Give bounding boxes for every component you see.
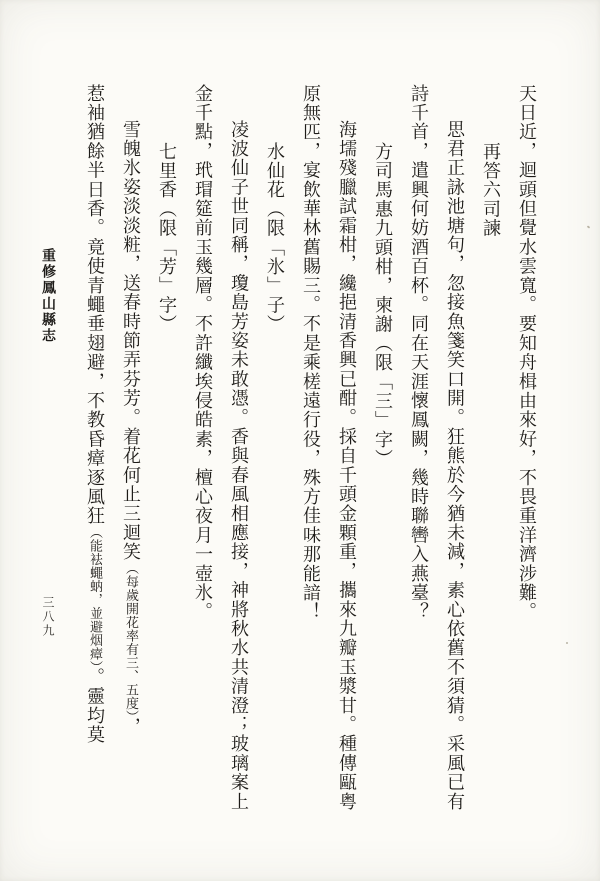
column-text: 再答六司諫 [480, 142, 501, 238]
inline-annotation: （能袪蠅蚋，並避烟瘴） [87, 526, 102, 668]
text-column-13: 惹袖猶餘半日香。竟使青蠅垂翅避，不教昏瘴逐風狂（能袪蠅蚋，並避烟瘴）。靈均莫 [76, 84, 112, 828]
poem-title-jiu-tou-gan: 方司馬惠九頭柑，柬謝（限「三」字） [364, 84, 400, 828]
scan-speck [566, 642, 568, 644]
page-number: 三八九 [40, 596, 57, 638]
column-text: 思君正詠池塘句，忽接魚箋笑口開。狂熊於今猶未減，素心依舊不須猜。采風已有 [444, 120, 465, 811]
poem-title-zai-da-liu-si-jian: 再答六司諫 [472, 84, 508, 828]
poem-title-qi-li-xiang: 七里香（限「芳」字） [148, 84, 184, 828]
book-title-margin: 重修鳳山縣志 [38, 248, 58, 344]
inline-annotation: （每歲開花率有三、五度） [123, 562, 138, 718]
scan-speck [345, 396, 347, 399]
vertical-text-block: 天日近，迴頭但覺水雲寬。要知舟楫由來好，不畏重洋濟涉難。 再答六司諫 思君正詠池… [76, 84, 544, 828]
column-text: 七里香（限「芳」字） [156, 142, 177, 334]
column-text: 海壖殘臘試霜柑，纔挹清香興已酣。採自千頭金顆重，攜來九瓣玉漿甘。種傳甌粤 [336, 120, 357, 811]
text-column-12: 雪魄氷姿淡淡粧，送春時節弄芬芳。着花何止三迴笑（每歲開花率有三、五度）， [112, 84, 148, 828]
column-text: 詩千首，遣興何妨酒百杯。同在天涯懷鳳闕，幾時聯轡入燕臺？ [408, 84, 429, 622]
column-text: 凌波仙子世同稱，瓊島芳姿未敢憑。香與春風相應接，神將秋水共清澄；玻璃案上 [228, 120, 249, 811]
column-text: 原無匹，宴飲華林舊賜三。不是乘槎遠行役，殊方佳味那能諳！ [300, 84, 321, 622]
text-column-10: 金千點，玳瑁筵前玉幾層。不許纖埃侵皓素，檀心夜月一壺氷。 [184, 84, 220, 828]
column-text: 惹袖猶餘半日香。竟使青蠅垂翅避，不教昏瘴逐風狂 [84, 84, 105, 526]
text-column-1: 天日近，迴頭但覺水雲寬。要知舟楫由來好，不畏重洋濟涉難。 [508, 84, 544, 828]
text-column-6: 海壖殘臘試霜柑，纔挹清香興已酣。採自千頭金顆重，攜來九瓣玉漿甘。種傳甌粤 [328, 84, 364, 828]
column-text: 雪魄氷姿淡淡粧，送春時節弄芬芳。着花何止三迴笑 [120, 120, 141, 562]
column-text-tail: ， [120, 717, 141, 736]
text-column-4: 詩千首，遣興何妨酒百杯。同在天涯懷鳳闕，幾時聯轡入燕臺？ [400, 84, 436, 828]
text-column-7: 原無匹，宴飲華林舊賜三。不是乘槎遠行役，殊方佳味那能諳！ [292, 84, 328, 828]
column-text: 金千點，玳瑁筵前玉幾層。不許纖埃侵皓素，檀心夜月一壺氷。 [192, 84, 213, 622]
column-text: 水仙花（限「氷」子） [264, 142, 285, 334]
text-column-3: 思君正詠池塘句，忽接魚箋笑口開。狂熊於今猶未減，素心依舊不須猜。采風已有 [436, 84, 472, 828]
column-text: 天日近，迴頭但覺水雲寬。要知舟楫由來好，不畏重洋濟涉難。 [516, 84, 537, 622]
poem-title-shui-xian-hua: 水仙花（限「氷」子） [256, 84, 292, 828]
column-text: 方司馬惠九頭柑，柬謝（限「三」字） [372, 142, 393, 468]
column-text-tail: 。靈均莫 [84, 668, 105, 745]
text-column-9: 凌波仙子世同稱，瓊島芳姿未敢憑。香與春風相應接，神將秋水共清澄；玻璃案上 [220, 84, 256, 828]
